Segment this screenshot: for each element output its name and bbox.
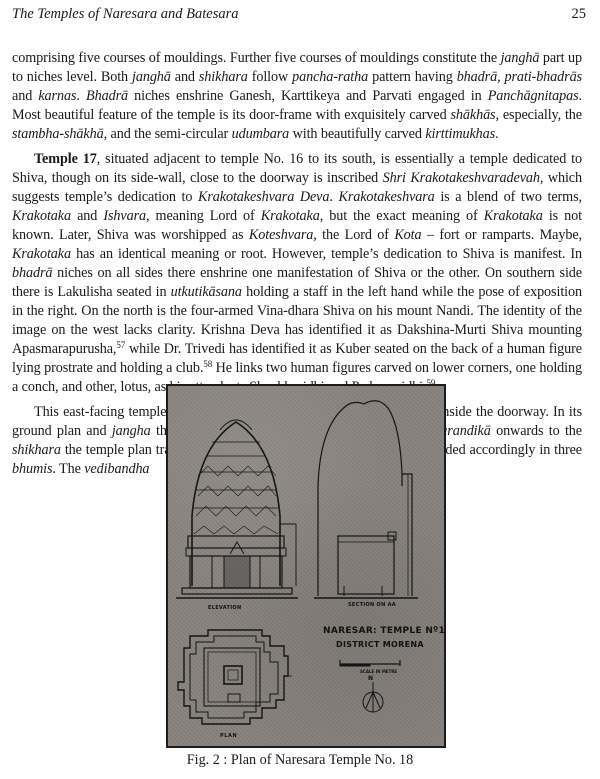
footnote-ref: 58 <box>203 359 212 369</box>
temple-plan-figure: ELEVATION SECTION ON AA NARESAR: TEMPLE … <box>166 384 446 748</box>
north-arrow-icon: N <box>368 675 373 682</box>
paragraph: Temple 17, situated adjacent to temple N… <box>12 150 582 397</box>
label-drawing-title: NARESAR: TEMPLE Nº18 <box>323 626 446 636</box>
label-scale: SCALE IN METRE <box>360 669 397 674</box>
label-elevation: ELEVATION <box>208 605 241 611</box>
label-district: DISTRICT MORENA <box>336 640 424 649</box>
running-title: The Temples of Naresara and Batesara <box>12 6 239 23</box>
footnote-ref: 57 <box>116 340 125 350</box>
page-number: 25 <box>572 6 587 23</box>
paragraph: comprising five courses of mouldings. Fu… <box>12 49 582 144</box>
running-head: The Temples of Naresara and Batesara 25 <box>12 6 586 26</box>
label-plan: PLAN <box>220 733 237 739</box>
figure-caption: Fig. 2 : Plan of Naresara Temple No. 18 <box>0 752 600 769</box>
label-section: SECTION ON AA <box>348 602 396 608</box>
temple-drawing <box>168 386 444 746</box>
